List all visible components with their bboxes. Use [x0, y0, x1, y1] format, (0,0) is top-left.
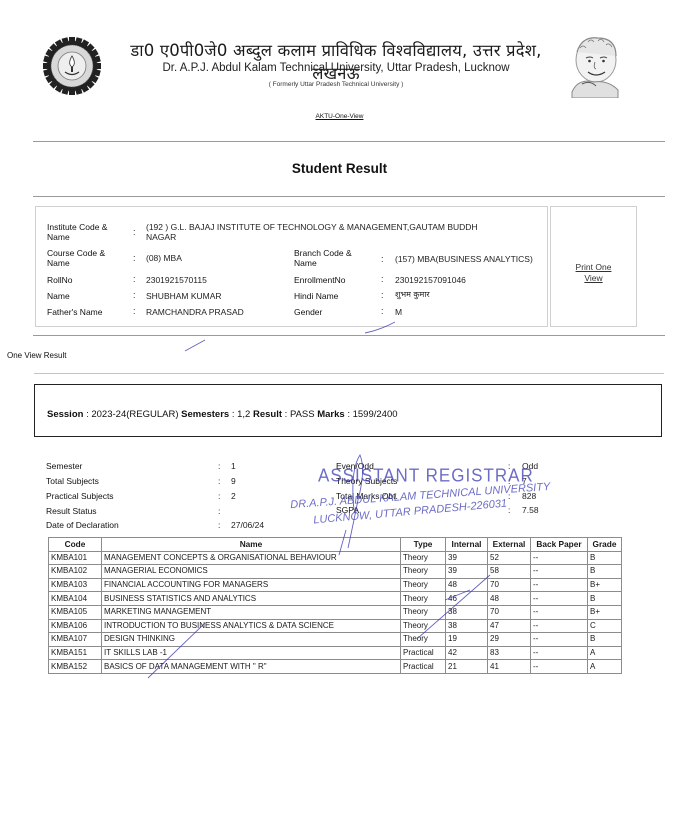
- cell-name: BUSINESS STATISTICS AND ANALYTICS: [102, 592, 401, 606]
- cell-internal: 21: [446, 660, 488, 674]
- formerly-note: ( Formerly Uttar Pradesh Technical Unive…: [116, 81, 556, 88]
- colon: :: [218, 520, 220, 530]
- colon: :: [381, 274, 384, 284]
- session-summary-line: Session : 2023-24(REGULAR) Semesters : 1…: [47, 409, 398, 420]
- divider: [34, 373, 664, 374]
- gender-value: M: [395, 307, 402, 317]
- table-row: KMBA105MARKETING MANAGEMENTTheory3870--B…: [49, 605, 622, 619]
- institute-label: Institute Code & Name: [47, 222, 127, 242]
- cell-internal: 48: [446, 578, 488, 592]
- cell-type: Theory: [401, 565, 446, 579]
- cell-type: Theory: [401, 592, 446, 606]
- cell-internal: 39: [446, 565, 488, 579]
- session-value: 2023-24(REGULAR): [91, 409, 178, 420]
- cell-type: Theory: [401, 551, 446, 565]
- print-one-view-link[interactable]: Print One View: [551, 262, 636, 284]
- cell-grade: B+: [588, 578, 622, 592]
- practical-subjects-value: 2: [231, 491, 236, 501]
- cell-grade: B: [588, 565, 622, 579]
- total-marks-label: Total Marks Obt.: [336, 491, 398, 501]
- cell-type: Practical: [401, 646, 446, 660]
- cell-name: BASICS OF DATA MANAGEMENT WITH " R": [102, 660, 401, 674]
- rollno-label: RollNo: [47, 275, 73, 285]
- cell-external: 52: [488, 551, 531, 565]
- one-view-result-heading: One View Result: [7, 351, 66, 360]
- cell-grade: B+: [588, 605, 622, 619]
- divider: [33, 141, 665, 142]
- colon: :: [218, 461, 220, 471]
- semester-label: Semester: [46, 461, 82, 471]
- cell-name: DESIGN THINKING: [102, 633, 401, 647]
- father-name-value: RAMCHANDRA PRASAD: [146, 307, 244, 317]
- colon: :: [133, 274, 136, 284]
- colon: :: [508, 491, 510, 501]
- cell-name: MANAGERIAL ECONOMICS: [102, 565, 401, 579]
- result-status-label: Result Status: [46, 506, 97, 516]
- colon: :: [218, 491, 220, 501]
- col-header-type: Type: [401, 538, 446, 552]
- cell-grade: B: [588, 551, 622, 565]
- cell-code: KMBA105: [49, 605, 102, 619]
- semesters-value: 1,2: [237, 409, 250, 420]
- cell-external: 70: [488, 605, 531, 619]
- name-value: SHUBHAM KUMAR: [146, 291, 222, 301]
- table-row: KMBA107DESIGN THINKINGTheory1929--B: [49, 633, 622, 647]
- result-label: Result: [253, 409, 282, 420]
- print-link-line2: View: [584, 273, 602, 283]
- cell-external: 47: [488, 619, 531, 633]
- subject-result-table: Code Name Type Internal External Back Pa…: [48, 537, 622, 674]
- table-row: KMBA104BUSINESS STATISTICS AND ANALYTICS…: [49, 592, 622, 606]
- cell-type: Theory: [401, 633, 446, 647]
- cell-code: KMBA104: [49, 592, 102, 606]
- divider: [33, 335, 665, 336]
- col-header-internal: Internal: [446, 538, 488, 552]
- col-header-back-paper: Back Paper: [531, 538, 588, 552]
- father-name-label: Father's Name: [47, 307, 102, 317]
- cell-name: MANAGEMENT CONCEPTS & ORGANISATIONAL BEH…: [102, 551, 401, 565]
- session-label: Session: [47, 409, 83, 420]
- colon: :: [381, 306, 384, 316]
- university-header: डा0 ए0पी0जे0 अब्दुल कलाम प्राविधिक विश्व…: [0, 28, 679, 108]
- cell-type: Theory: [401, 605, 446, 619]
- table-row: KMBA103FINANCIAL ACCOUNTING FOR MANAGERS…: [49, 578, 622, 592]
- cell-grade: A: [588, 646, 622, 660]
- cell-external: 29: [488, 633, 531, 647]
- cell-name: INTRODUCTION TO BUSINESS ANALYTICS & DAT…: [102, 619, 401, 633]
- cell-code: KMBA152: [49, 660, 102, 674]
- cell-grade: B: [588, 633, 622, 647]
- practical-subjects-label: Practical Subjects: [46, 491, 114, 501]
- cell-code: KMBA102: [49, 565, 102, 579]
- cell-code: KMBA151: [49, 646, 102, 660]
- university-hindi-title: डा0 ए0पी0जे0 अब्दुल कलाम प्राविधिक विश्व…: [116, 38, 556, 84]
- sgpa-value: 7.58: [522, 505, 539, 515]
- cell-internal: 46: [446, 592, 488, 606]
- university-english-title: Dr. A.P.J. Abdul Kalam Technical Univers…: [116, 62, 556, 74]
- theory-subjects-value: 7: [522, 476, 527, 486]
- cell-back-paper: --: [531, 578, 588, 592]
- colon: :: [133, 290, 136, 300]
- cell-type: Theory: [401, 578, 446, 592]
- cell-type: Theory: [401, 619, 446, 633]
- divider: [33, 196, 665, 197]
- hindi-name-value: शुभम कुमार: [395, 290, 430, 300]
- enrollment-value: 230192157091046: [395, 275, 466, 285]
- aktu-one-view-link[interactable]: AKTU-One-View: [316, 113, 364, 120]
- branch-value: (157) MBA(BUSINESS ANALYTICS): [395, 254, 533, 264]
- course-value: (08) MBA: [146, 253, 182, 263]
- student-info-panel: Institute Code & Name : (192 ) G.L. BAJA…: [35, 206, 548, 327]
- total-subjects-label: Total Subjects: [46, 476, 99, 486]
- marks-label: Marks: [317, 409, 344, 420]
- cell-back-paper: --: [531, 565, 588, 579]
- cell-external: 58: [488, 565, 531, 579]
- cell-back-paper: --: [531, 592, 588, 606]
- cell-back-paper: --: [531, 605, 588, 619]
- cell-internal: 42: [446, 646, 488, 660]
- cell-code: KMBA101: [49, 551, 102, 565]
- declaration-date-value: 27/06/24: [231, 520, 264, 530]
- declaration-date-label: Date of Declaration: [46, 520, 119, 530]
- colon: :: [133, 306, 136, 316]
- registrar-stamp-university: DR.A.P.J. ABDUL KALAM TECHNICAL UNIVERSI…: [290, 481, 551, 511]
- print-link-line1: Print One: [576, 262, 612, 272]
- cell-code: KMBA106: [49, 619, 102, 633]
- colon: :: [508, 476, 510, 486]
- marks-value: 1599/2400: [353, 409, 398, 420]
- col-header-name: Name: [102, 538, 401, 552]
- cell-internal: 39: [446, 551, 488, 565]
- cell-internal: 38: [446, 619, 488, 633]
- hindi-name-label: Hindi Name: [294, 291, 338, 301]
- name-label: Name: [47, 291, 70, 301]
- portrait-sketch-icon: [568, 34, 624, 98]
- sgpa-label: SGPA: [336, 505, 359, 515]
- cell-external: 83: [488, 646, 531, 660]
- semester-value: 1: [231, 461, 236, 471]
- cell-grade: B: [588, 592, 622, 606]
- page-title: Student Result: [0, 161, 679, 176]
- cell-back-paper: --: [531, 646, 588, 660]
- colon: :: [508, 505, 510, 515]
- cell-external: 70: [488, 578, 531, 592]
- table-row: KMBA102MANAGERIAL ECONOMICSTheory3958--B: [49, 565, 622, 579]
- cell-external: 48: [488, 592, 531, 606]
- even-odd-label: Even/Odd: [336, 461, 374, 471]
- table-row: KMBA101MANAGEMENT CONCEPTS & ORGANISATIO…: [49, 551, 622, 565]
- table-header-row: Code Name Type Internal External Back Pa…: [49, 538, 622, 552]
- cell-grade: C: [588, 619, 622, 633]
- colon: :: [381, 254, 384, 264]
- colon: :: [218, 506, 220, 516]
- theory-subjects-label: Theory Subjects: [336, 476, 397, 486]
- cell-internal: 38: [446, 605, 488, 619]
- rollno-value: 2301921570115: [146, 275, 207, 285]
- branch-label: Branch Code & Name: [294, 248, 364, 268]
- aktu-one-view-nav: AKTU-One-View: [0, 113, 679, 120]
- cell-external: 41: [488, 660, 531, 674]
- even-odd-value: Odd: [522, 461, 538, 471]
- table-row: KMBA151IT SKILLS LAB -1Practical4283--A: [49, 646, 622, 660]
- cell-code: KMBA107: [49, 633, 102, 647]
- table-row: KMBA106INTRODUCTION TO BUSINESS ANALYTIC…: [49, 619, 622, 633]
- cell-name: MARKETING MANAGEMENT: [102, 605, 401, 619]
- enrollment-label: EnrollmentNo: [294, 275, 346, 285]
- cell-type: Practical: [401, 660, 446, 674]
- semesters-label: Semesters: [181, 409, 229, 420]
- result-value: PASS: [290, 409, 315, 420]
- cell-back-paper: --: [531, 551, 588, 565]
- colon: :: [133, 253, 136, 263]
- colon: :: [133, 227, 136, 237]
- colon: :: [508, 461, 510, 471]
- col-header-grade: Grade: [588, 538, 622, 552]
- cell-code: KMBA103: [49, 578, 102, 592]
- cell-back-paper: --: [531, 619, 588, 633]
- session-summary-box: Session : 2023-24(REGULAR) Semesters : 1…: [34, 384, 662, 437]
- institute-value: (192 ) G.L. BAJAJ INSTITUTE OF TECHNOLOG…: [146, 222, 506, 242]
- cell-internal: 19: [446, 633, 488, 647]
- table-row: KMBA152BASICS OF DATA MANAGEMENT WITH " …: [49, 660, 622, 674]
- cell-back-paper: --: [531, 660, 588, 674]
- cell-name: IT SKILLS LAB -1: [102, 646, 401, 660]
- gender-label: Gender: [294, 307, 322, 317]
- colon: :: [381, 290, 384, 300]
- course-label: Course Code & Name: [47, 248, 127, 268]
- cell-back-paper: --: [531, 633, 588, 647]
- col-header-external: External: [488, 538, 531, 552]
- total-marks-value: 828: [522, 491, 536, 501]
- print-panel: Print One View: [550, 206, 637, 327]
- total-subjects-value: 9: [231, 476, 236, 486]
- cell-grade: A: [588, 660, 622, 674]
- cell-name: FINANCIAL ACCOUNTING FOR MANAGERS: [102, 578, 401, 592]
- colon: :: [218, 476, 220, 486]
- university-seal-logo-icon: [42, 36, 102, 96]
- col-header-code: Code: [49, 538, 102, 552]
